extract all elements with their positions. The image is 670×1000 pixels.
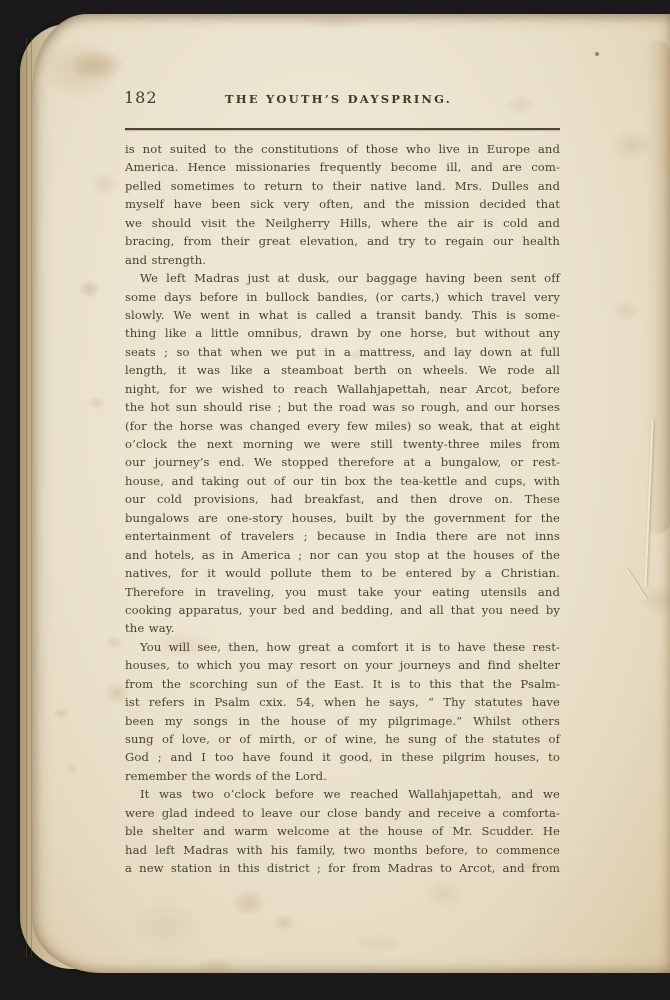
text-line: remember the words of the Lord. [125,767,560,785]
text-line: bracing, from their great elevation, and… [125,232,560,250]
text-line: length, it was like a steamboat berth on… [125,361,560,379]
stain [352,932,402,954]
stain [424,880,464,908]
stain [595,52,599,56]
text-line: the hot sun should rise ; but the road w… [125,398,560,416]
stain [232,890,266,916]
stain [196,958,236,976]
text-line: (for the horse was changed every few mil… [125,417,560,435]
paragraph: is not suited to the constitutions of th… [125,140,560,269]
text-line: the way. [125,619,560,637]
text-line: we should visit the Neilgherry Hills, wh… [125,214,560,232]
text-line: some days before in bullock bandies, (or… [125,288,560,306]
stain [612,300,640,320]
stain [640,585,670,615]
text-line: were glad indeed to leave our close band… [125,804,560,822]
stain [90,172,120,196]
stain [645,40,670,534]
text-line: and strength. [125,251,560,269]
text-line: sung of love, or of mirth, or of wine, h… [125,730,560,748]
text-line: seats ; so that when we put in a mattres… [125,343,560,361]
paragraph: We left Madras just at dusk, our baggage… [125,269,560,638]
text-line: entertainment of travelers ; because in … [125,527,560,545]
text-line: is not suited to the constitutions of th… [125,140,560,158]
text-line: house, and taking out of our tin box the… [125,472,560,490]
header-rule [125,128,560,130]
text-line: pelled sometimes to return to their nati… [125,177,560,195]
running-head: THE YOUTH’S DAYSPRING. [117,92,560,106]
stain [105,635,123,649]
text-line: our journey’s end. We stopped therefore … [125,453,560,471]
text-line: had left Madras with his family, two mon… [125,841,560,859]
text-line: ist refers in Psalm cxix. 54, when he sa… [125,693,560,711]
text-line: slowly. We went in what is called a tran… [125,306,560,324]
text-line: and hotels, as in America ; nor can you … [125,546,560,564]
text-line: cooking apparatus, your bed and bedding,… [125,601,560,619]
text-line: It was two o’clock before we reached Wal… [125,785,560,803]
paragraph: You will see, then, how great a comfort … [125,638,560,786]
text-line: o’clock the next morning we were still t… [125,435,560,453]
text-line: thing like a little omnibus, drawn by on… [125,324,560,342]
book-photo: { "colors": { "backdrop": "#1a1a1b", "pa… [0,0,670,1000]
text-line: God ; and I too have found it good, in t… [125,748,560,766]
stain [132,900,202,950]
text-line: myself have been sick very often, and th… [125,195,560,213]
paragraph: It was two o’clock before we reached Wal… [125,785,560,877]
text-line: from the scorching sun of the East. It i… [125,675,560,693]
book-page: 182 THE YOUTH’S DAYSPRING. is not suited… [32,14,670,973]
stain [40,40,120,100]
stain [65,763,79,775]
tear-mark [644,420,653,586]
text-line: night, for we wished to reach Wallahjape… [125,380,560,398]
text-line: America. Hence missionaries frequently b… [125,158,560,176]
text-line: We left Madras just at dusk, our baggage… [125,269,560,287]
stain [88,396,106,410]
stacked-page-edge [26,38,27,957]
stain [300,16,370,28]
text-line: a new station in this district ; for fro… [125,859,560,877]
text-line: You will see, then, how great a comfort … [125,638,560,656]
text-line: ble shelter and warm welcome at the hous… [125,822,560,840]
text-line: Therefore in traveling, you must take yo… [125,583,560,601]
stain [70,50,125,80]
text-line: been my songs in the house of my pilgrim… [125,712,560,730]
text-line: our cold provisions, had breakfast, and … [125,490,560,508]
stain [53,707,69,719]
text-block: is not suited to the constitutions of th… [125,140,560,878]
text-line: bungalows are one-story houses, built by… [125,509,560,527]
stain [610,130,654,160]
stain [272,914,296,932]
stain [78,280,100,298]
text-line: natives, for it would pollute them to be… [125,564,560,582]
text-line: houses, to which you may resort on your … [125,656,560,674]
